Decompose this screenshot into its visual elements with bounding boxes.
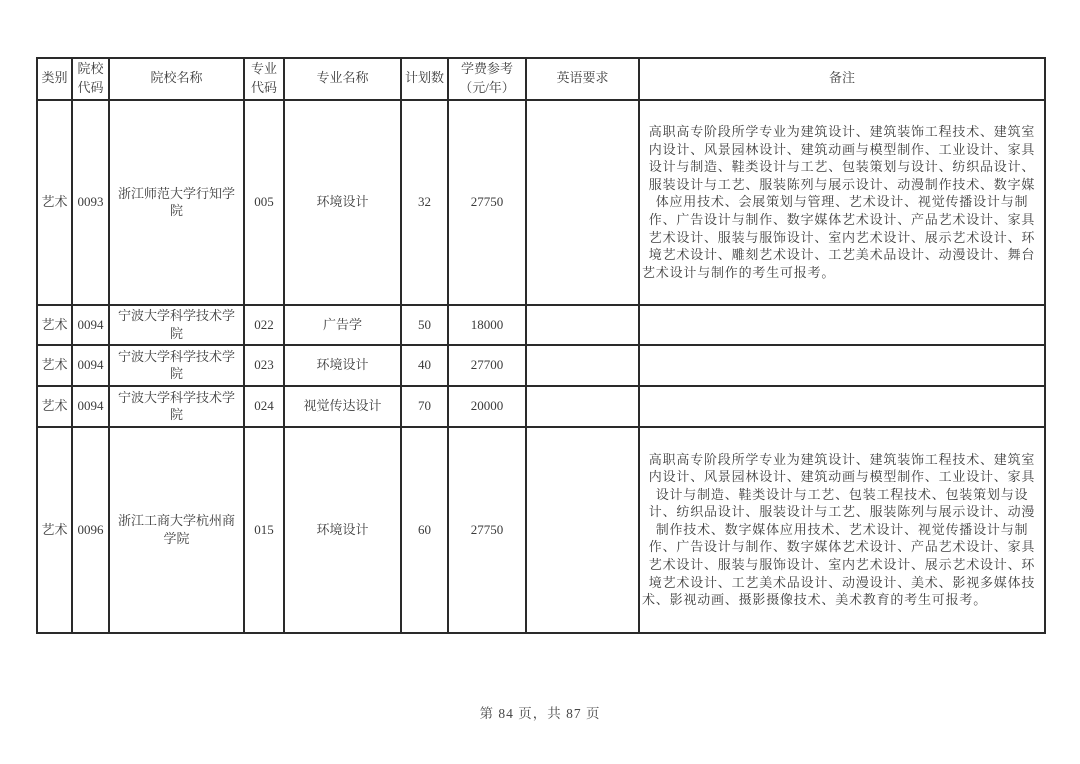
cell-school-code: 0096 xyxy=(72,427,109,633)
cell-english-req xyxy=(526,345,639,386)
cell-major-name: 环境设计 xyxy=(284,100,401,305)
cell-category: 艺术 xyxy=(37,305,72,345)
cell-remark xyxy=(639,305,1045,345)
cell-tuition: 20000 xyxy=(448,386,526,427)
cell-plan-count: 70 xyxy=(401,386,448,427)
cell-remark xyxy=(639,386,1045,427)
cell-school-code: 0094 xyxy=(72,345,109,386)
table-row: 艺术 0094 宁波大学科学技术学院 023 环境设计 40 27700 xyxy=(37,345,1045,386)
cell-remark: 高职高专阶段所学专业为建筑设计、建筑装饰工程技术、建筑室内设计、风景园林设计、建… xyxy=(639,427,1045,633)
cell-category: 艺术 xyxy=(37,100,72,305)
cell-plan-count: 32 xyxy=(401,100,448,305)
cell-major-name: 环境设计 xyxy=(284,427,401,633)
cell-tuition: 18000 xyxy=(448,305,526,345)
col-header-tuition: 学费参考 （元/年） xyxy=(448,58,526,100)
cell-major-code: 005 xyxy=(244,100,284,305)
cell-school-name: 浙江师范大学行知学院 xyxy=(109,100,244,305)
cell-major-code: 022 xyxy=(244,305,284,345)
col-header-english-req: 英语要求 xyxy=(526,58,639,100)
cell-english-req xyxy=(526,427,639,633)
cell-school-code: 0094 xyxy=(72,305,109,345)
cell-english-req xyxy=(526,386,639,427)
cell-remark xyxy=(639,345,1045,386)
cell-school-code: 0094 xyxy=(72,386,109,427)
cell-school-name: 宁波大学科学技术学院 xyxy=(109,345,244,386)
cell-english-req xyxy=(526,100,639,305)
table-row: 艺术 0094 宁波大学科学技术学院 022 广告学 50 18000 xyxy=(37,305,1045,345)
cell-major-code: 024 xyxy=(244,386,284,427)
cell-school-name: 浙江工商大学杭州商学院 xyxy=(109,427,244,633)
col-header-plan-count: 计划数 xyxy=(401,58,448,100)
cell-school-name: 宁波大学科学技术学院 xyxy=(109,386,244,427)
cell-major-name: 广告学 xyxy=(284,305,401,345)
cell-category: 艺术 xyxy=(37,386,72,427)
col-header-major-code: 专业代码 xyxy=(244,58,284,100)
cell-plan-count: 60 xyxy=(401,427,448,633)
cell-major-code: 023 xyxy=(244,345,284,386)
col-header-category: 类别 xyxy=(37,58,72,100)
cell-major-name: 环境设计 xyxy=(284,345,401,386)
page-indicator: 第 84 页，共 87 页 xyxy=(0,702,1080,722)
col-header-school-code: 院校代码 xyxy=(72,58,109,100)
cell-english-req xyxy=(526,305,639,345)
col-header-major-name: 专业名称 xyxy=(284,58,401,100)
col-header-remark: 备注 xyxy=(639,58,1045,100)
cell-tuition: 27750 xyxy=(448,100,526,305)
cell-remark: 高职高专阶段所学专业为建筑设计、建筑装饰工程技术、建筑室内设计、风景园林设计、建… xyxy=(639,100,1045,305)
cell-category: 艺术 xyxy=(37,345,72,386)
cell-category: 艺术 xyxy=(37,427,72,633)
cell-plan-count: 40 xyxy=(401,345,448,386)
admission-plan-table: 类别 院校代码 院校名称 专业代码 专业名称 计划数 学费参考 （元/年） 英语… xyxy=(36,57,1046,634)
cell-school-code: 0093 xyxy=(72,100,109,305)
cell-plan-count: 50 xyxy=(401,305,448,345)
cell-school-name: 宁波大学科学技术学院 xyxy=(109,305,244,345)
col-header-school-name: 院校名称 xyxy=(109,58,244,100)
cell-tuition: 27750 xyxy=(448,427,526,633)
cell-major-code: 015 xyxy=(244,427,284,633)
cell-major-name: 视觉传达设计 xyxy=(284,386,401,427)
document-page: 类别 院校代码 院校名称 专业代码 专业名称 计划数 学费参考 （元/年） 英语… xyxy=(0,0,1080,764)
table-header-row: 类别 院校代码 院校名称 专业代码 专业名称 计划数 学费参考 （元/年） 英语… xyxy=(37,58,1045,100)
cell-tuition: 27700 xyxy=(448,345,526,386)
table-row: 艺术 0096 浙江工商大学杭州商学院 015 环境设计 60 27750 高职… xyxy=(37,427,1045,633)
table-row: 艺术 0093 浙江师范大学行知学院 005 环境设计 32 27750 高职高… xyxy=(37,100,1045,305)
table-row: 艺术 0094 宁波大学科学技术学院 024 视觉传达设计 70 20000 xyxy=(37,386,1045,427)
